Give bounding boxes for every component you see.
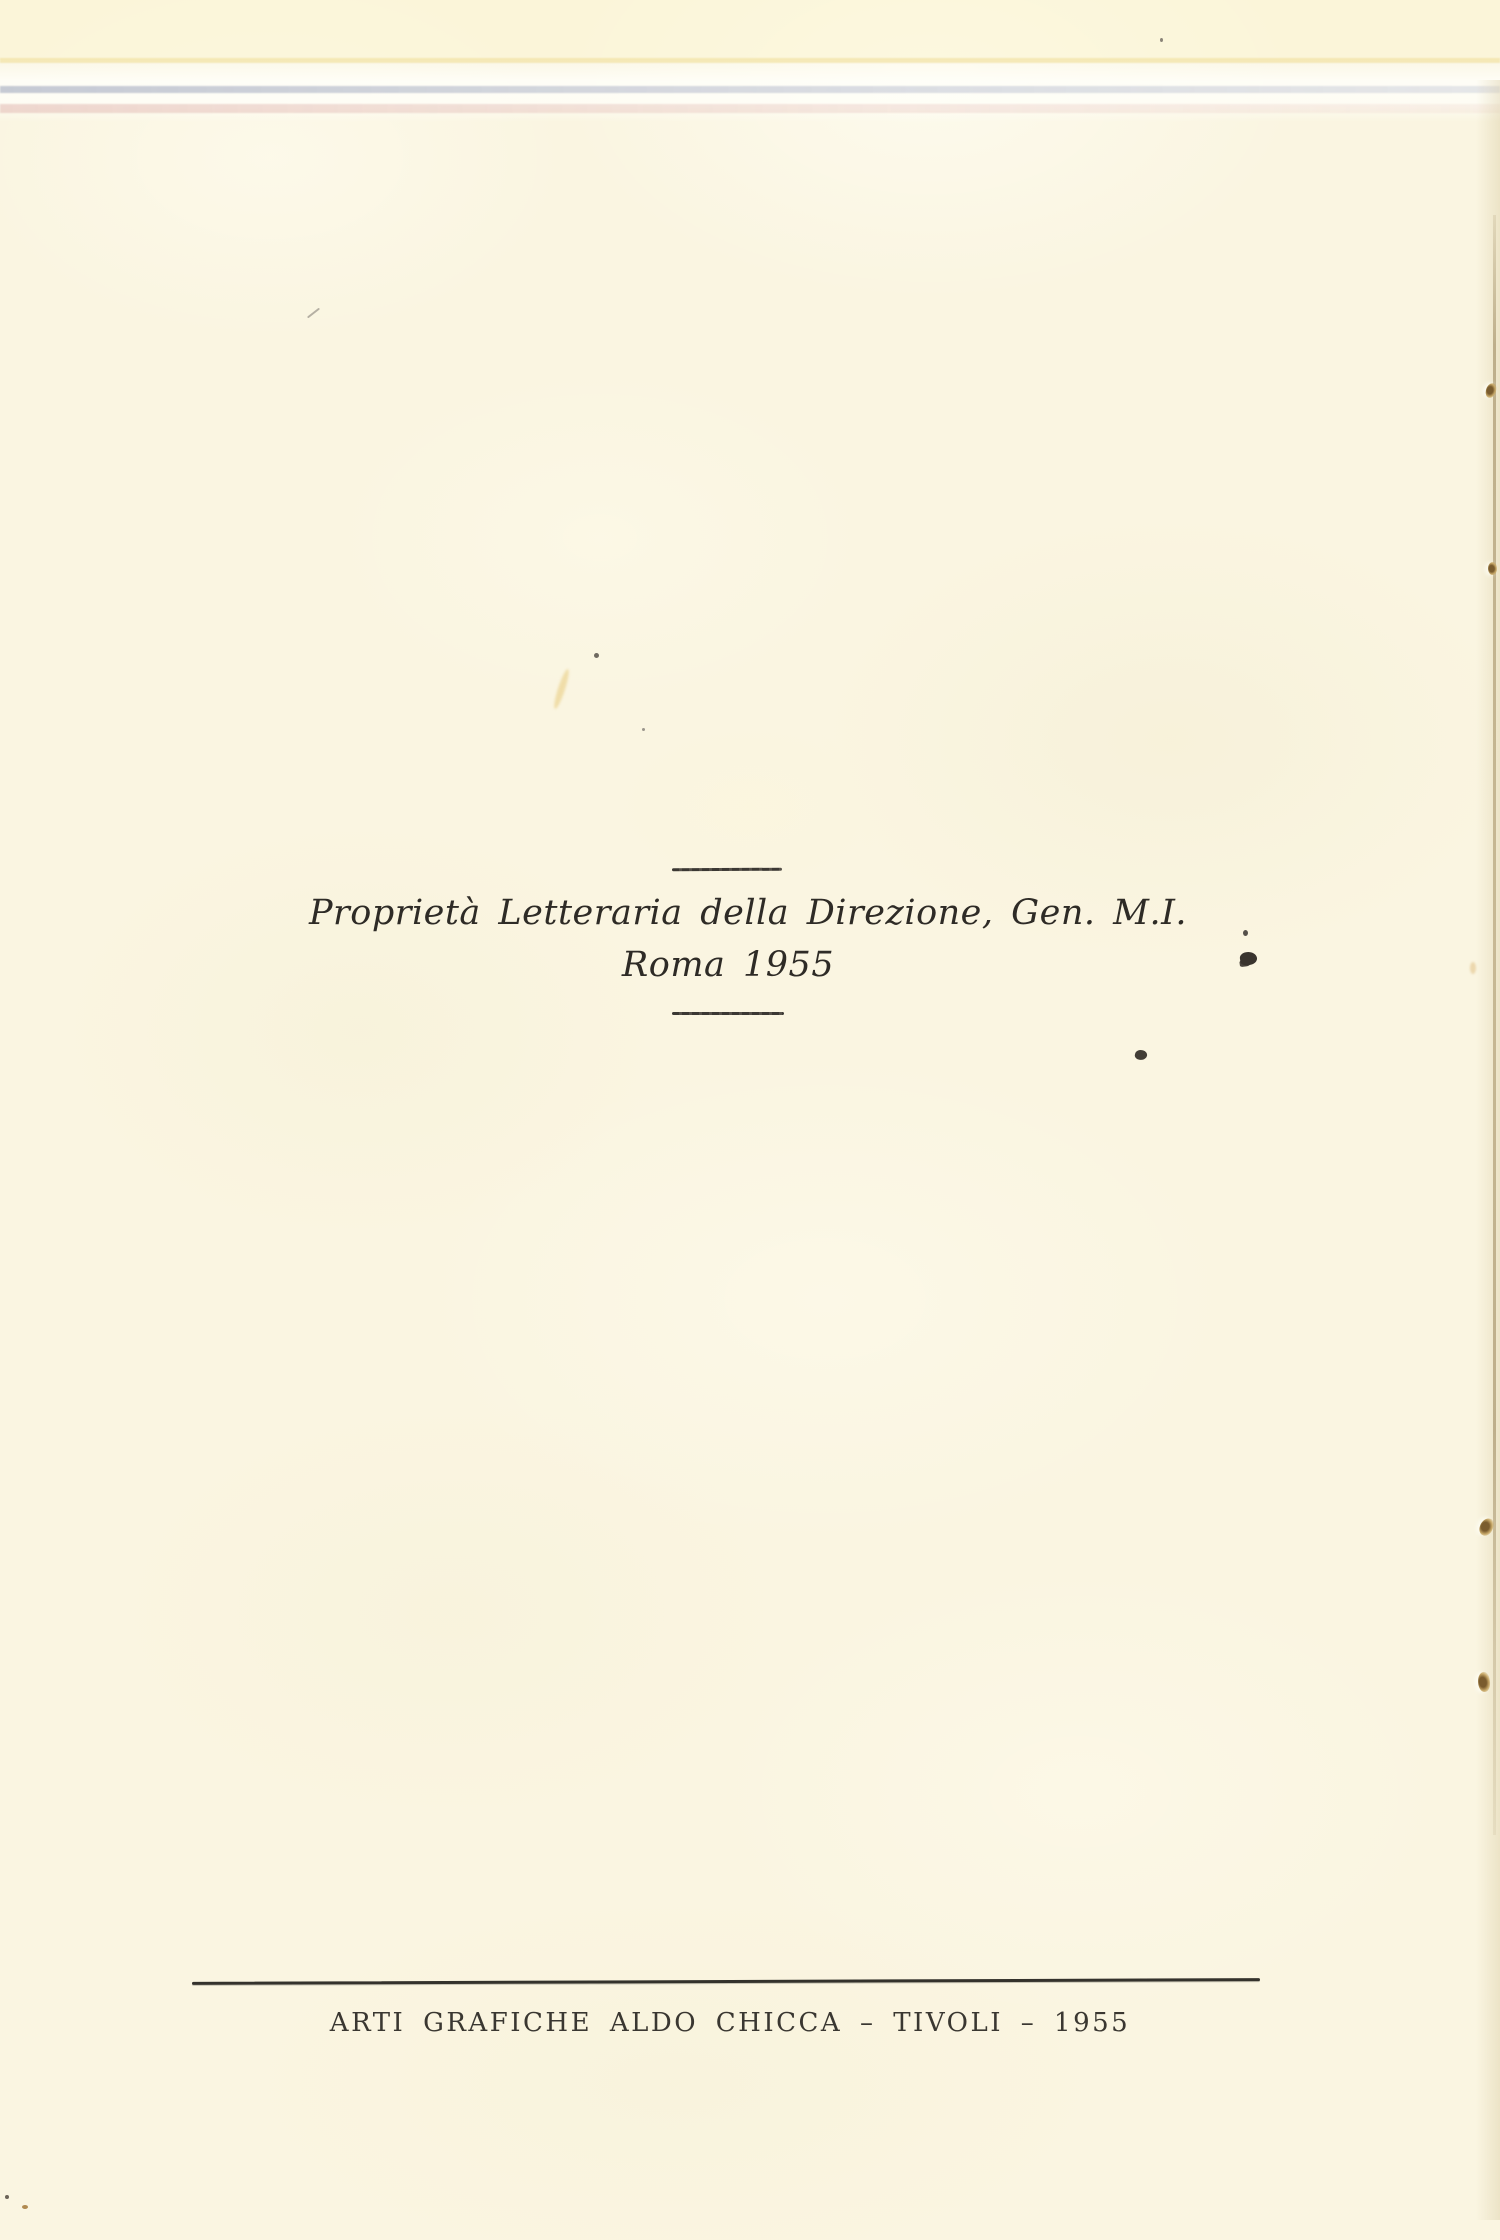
ink-speck bbox=[1243, 930, 1248, 936]
ink-speck bbox=[1160, 38, 1163, 42]
colophon-bottom-rule bbox=[672, 1012, 784, 1015]
scanned-page: Proprietà Letteraria della Direzione, Ge… bbox=[0, 0, 1500, 2240]
ink-speck bbox=[642, 728, 645, 731]
ink-speck bbox=[5, 2195, 9, 2199]
paper-stain-streak bbox=[552, 668, 572, 710]
scan-fold-line-pink bbox=[0, 104, 1500, 113]
imprint-rule bbox=[192, 1978, 1260, 1985]
ink-blot bbox=[1134, 1049, 1148, 1062]
scan-fold-line-blue bbox=[0, 86, 1500, 93]
colophon-top-rule bbox=[672, 868, 782, 872]
paper-fleck bbox=[22, 2205, 28, 2209]
printer-imprint-line: ARTI GRAFICHE ALDO CHICCA – TIVOLI – 195… bbox=[0, 2007, 1460, 2039]
scan-top-band bbox=[0, 0, 1500, 62]
paper-fleck bbox=[1470, 962, 1476, 974]
place-year-line: Roma 1955 bbox=[0, 945, 1456, 985]
scan-fold-line-yellow bbox=[0, 58, 1500, 63]
ink-speck bbox=[594, 653, 599, 658]
page-edge-shadow bbox=[1476, 80, 1500, 2220]
copyright-line: Proprietà Letteraria della Direzione, Ge… bbox=[0, 893, 1496, 933]
page-edge-line bbox=[1493, 215, 1496, 1835]
paper-scratch bbox=[307, 308, 320, 319]
paper-texture bbox=[0, 0, 1500, 2240]
